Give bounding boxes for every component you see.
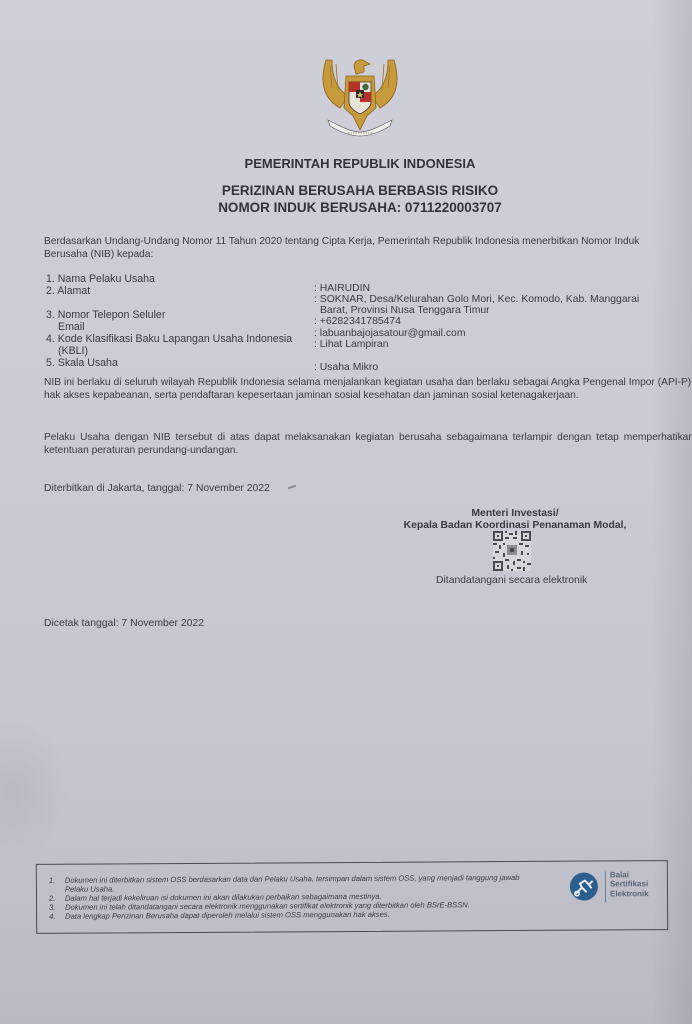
qr-code-icon[interactable] — [493, 531, 531, 571]
intro-line-2: Berusaha (NIB) kepada: — [44, 249, 692, 262]
note-1-text: Dokumen ini diterbitkan sistem OSS berda… — [65, 874, 520, 885]
field-value-address: : SOKNAR, Desa/Kelurahan Golo Mori, Kec.… — [314, 294, 639, 305]
printed-date: Dicetak tanggal: 7 November 2022 — [44, 618, 204, 629]
field-value-address-cont: Barat, Provinsi Nusa Tenggara Timur — [320, 305, 490, 316]
bsre-name: Balai Sertifikasi Elektronik — [610, 870, 649, 898]
field-value-name: : HAIRUDIN — [314, 283, 370, 294]
field-value-kbli: : Lihat Lampiran — [314, 339, 389, 350]
field-label-address: 2. Alamat — [46, 285, 90, 297]
bsre-line-1: Balai — [610, 870, 649, 880]
electronic-signature-note: Ditandatangani secara elektronik — [436, 575, 587, 586]
signatory-title-2: Kepala Badan Koordinasi Penanaman Modal, — [400, 520, 630, 531]
nib-number: NOMOR INDUK BERUSAHA: 0711220003707 — [0, 200, 692, 215]
field-value-email: : labuanbajojasatour@gmail.com — [314, 328, 465, 339]
field-label-name: 1. Nama Pelaku Usaha — [46, 273, 155, 285]
intro-paragraph: Berdasarkan Undang-Undang Nomor 11 Tahun… — [44, 236, 692, 261]
field-value-phone: : +6282341785474 — [314, 316, 401, 327]
bsre-line-2: Sertifikasi — [610, 880, 649, 890]
paper-fold-shadow — [0, 720, 70, 860]
pen-mark — [288, 485, 296, 490]
intro-line-1: Berdasarkan Undang-Undang Nomor 11 Tahun… — [44, 236, 692, 249]
government-heading: PEMERINTAH REPUBLIK INDONESIA — [0, 156, 692, 171]
validity-paragraph: NIB ini berlaku di seluruh wilayah Repub… — [44, 377, 692, 402]
field-label-phone: 3. Nomor Telepon Seluler — [46, 309, 165, 321]
field-label-kbli-abbr: (KBLI) — [58, 345, 88, 357]
note-4-number: 4. — [49, 913, 55, 922]
field-label-email: Email — [58, 321, 85, 333]
field-value-scale: : Usaha Mikro — [314, 362, 378, 373]
bsre-line-3: Elektronik — [610, 889, 649, 899]
signatory-title-1: Menteri Investasi/ — [400, 508, 630, 519]
field-label-scale: 5. Skala Usaha — [46, 357, 118, 369]
garuda-emblem-icon — [318, 50, 402, 142]
document-title: PERIZINAN BERUSAHA BERBASIS RISIKO — [0, 183, 692, 198]
note-4-text: Data lengkap Perizinan Berusaha dapat di… — [65, 911, 390, 922]
compliance-paragraph: Pelaku Usaha dengan NIB tersebut di atas… — [44, 432, 692, 457]
field-label-kbli: 4. Kode Klasifikasi Baku Lapangan Usaha … — [46, 333, 292, 345]
note-1-number: 1. — [49, 877, 55, 886]
bsre-logo-icon — [569, 871, 599, 901]
bsre-divider — [605, 871, 606, 902]
issued-date: Diterbitkan di Jakarta, tanggal: 7 Novem… — [44, 483, 270, 494]
footer-notes-box: 1. Dokumen ini diterbitkan sistem OSS be… — [36, 860, 668, 934]
